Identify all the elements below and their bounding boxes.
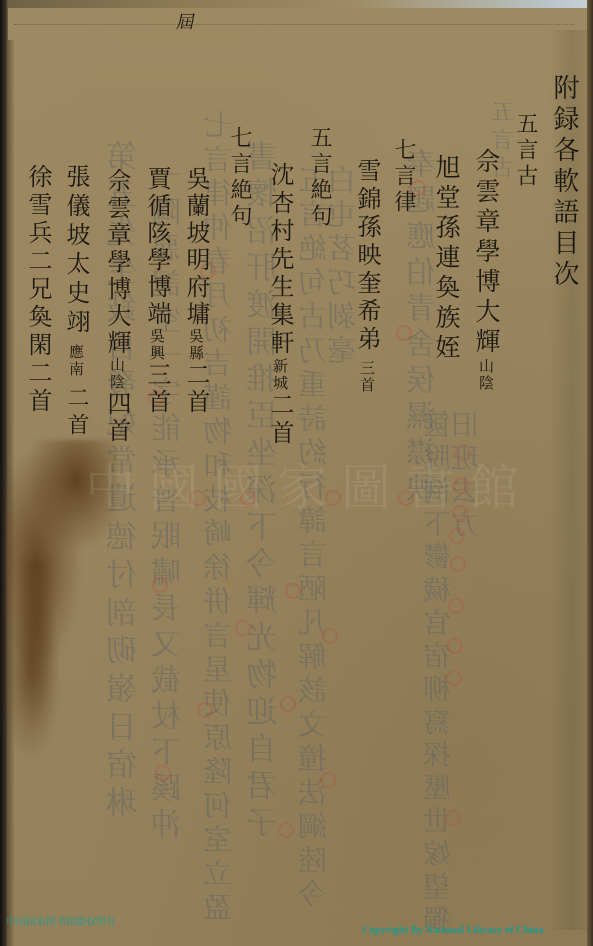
water-stain: [16, 560, 56, 730]
seal-mark: [450, 556, 466, 572]
seal-mark: [447, 638, 463, 654]
entry-note: 應南: [68, 344, 83, 378]
entry-count: 二首: [24, 360, 52, 416]
entry-text: 吳蘭坡明府墉: [182, 166, 210, 328]
seal-mark: [396, 325, 412, 341]
entry-note: 新城: [272, 358, 287, 392]
seal-mark: [446, 670, 462, 686]
seal-mark: [152, 577, 168, 593]
seal-mark: [320, 772, 336, 788]
seal-mark: [285, 583, 301, 599]
seal-mark: [278, 822, 294, 838]
entry-text: 佘雲章學博大輝: [103, 168, 131, 357]
entry-name: 沈杏村先生集軒新城二首: [268, 162, 292, 448]
entry-note: 山陰: [109, 357, 124, 391]
entry-name: 旭堂孫連奐族姪: [434, 154, 459, 364]
seal-mark: [449, 528, 465, 544]
page-title: 附録各軟語目次: [551, 74, 577, 291]
copyright-chinese: 中国国家图书馆版权所有: [6, 913, 116, 928]
entry-count: 三首: [359, 360, 374, 394]
entry-name: 吳蘭坡明府墉吳縣二首: [184, 166, 208, 416]
section-heading: 七言律: [392, 138, 414, 216]
seal-mark: [155, 765, 171, 781]
entry-name: 佘雲章學博大輝山陰: [474, 148, 499, 392]
entry-text: 徐雪兵二兄奐閑: [24, 164, 52, 360]
right-edge: [587, 0, 593, 946]
library-watermark: 中國國家圖書館: [85, 448, 533, 520]
entry-count: 二首: [64, 386, 89, 440]
top-edge: [0, 0, 593, 8]
entry-name: 賈循陔學博端吳興三首: [145, 166, 169, 416]
entry-note: 吳縣: [188, 328, 203, 362]
entry-text: 張儀坡太史翊: [62, 164, 90, 338]
entry-text: 雪錦孫映奎希弟: [353, 158, 381, 354]
section-heading: 五言絶句: [308, 126, 330, 230]
seal-mark: [235, 620, 251, 636]
ghost-column: 五言絶句古乃重詩約行諱言陋凡解該文撞法綱陸今白屯茗巧剝毫: [300, 165, 358, 946]
entry-text: 沈杏村先生集軒: [266, 162, 294, 358]
seal-mark: [197, 702, 213, 718]
seal-mark: [445, 810, 461, 826]
entry-text: 賈循陔學博端: [143, 166, 171, 328]
entry-note: 吳興: [149, 328, 164, 362]
entry-name: 佘雲章學博大輝山陰四首: [105, 168, 129, 445]
section-heading: 五言古: [514, 112, 536, 190]
section-heading: 七言絶句: [228, 126, 250, 230]
fold-line: [14, 24, 574, 27]
seal-mark: [280, 696, 296, 712]
entry-note: 山陰: [478, 358, 493, 392]
entry-count: 二首: [182, 362, 210, 416]
seal-mark: [448, 598, 464, 614]
copyright-english: Copyright By National Library of China: [362, 925, 544, 936]
entry-name: 徐雪兵二兄奐閑二首: [26, 164, 50, 416]
seal-mark: [322, 628, 338, 644]
entry-name: 張儀坡太史翊應南二首: [64, 164, 88, 440]
entry-text: 佘雲章學博大輝: [472, 148, 501, 358]
entry-count: 三首: [143, 362, 171, 416]
entry-name: 雪錦孫映奎希弟三首: [355, 158, 379, 394]
entry-count: 二首: [266, 392, 294, 448]
entry-count: 四首: [103, 391, 131, 445]
